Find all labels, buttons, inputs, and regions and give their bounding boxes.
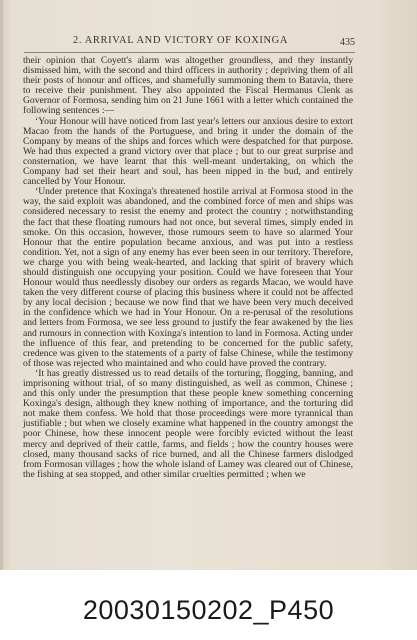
page-number: 435: [340, 37, 355, 48]
body-text: their opinion that Coyett's alarm was al…: [23, 56, 353, 480]
paragraph: ‘Your Honour will have noticed from last…: [23, 117, 353, 188]
paragraph: ‘Under pretence that Koxinga's threatene…: [23, 187, 353, 369]
paragraph: ‘It has greatly distressed us to read de…: [23, 369, 353, 480]
image-caption: 20030150202_P450: [0, 595, 417, 626]
page-header: 2. ARRIVAL AND VICTORY OF KOXINGA 435: [24, 34, 355, 53]
scanned-page: 2. ARRIVAL AND VICTORY OF KOXINGA 435 th…: [0, 0, 417, 570]
running-title: 2. ARRIVAL AND VICTORY OF KOXINGA: [73, 35, 288, 46]
paragraph: their opinion that Coyett's alarm was al…: [23, 56, 353, 117]
